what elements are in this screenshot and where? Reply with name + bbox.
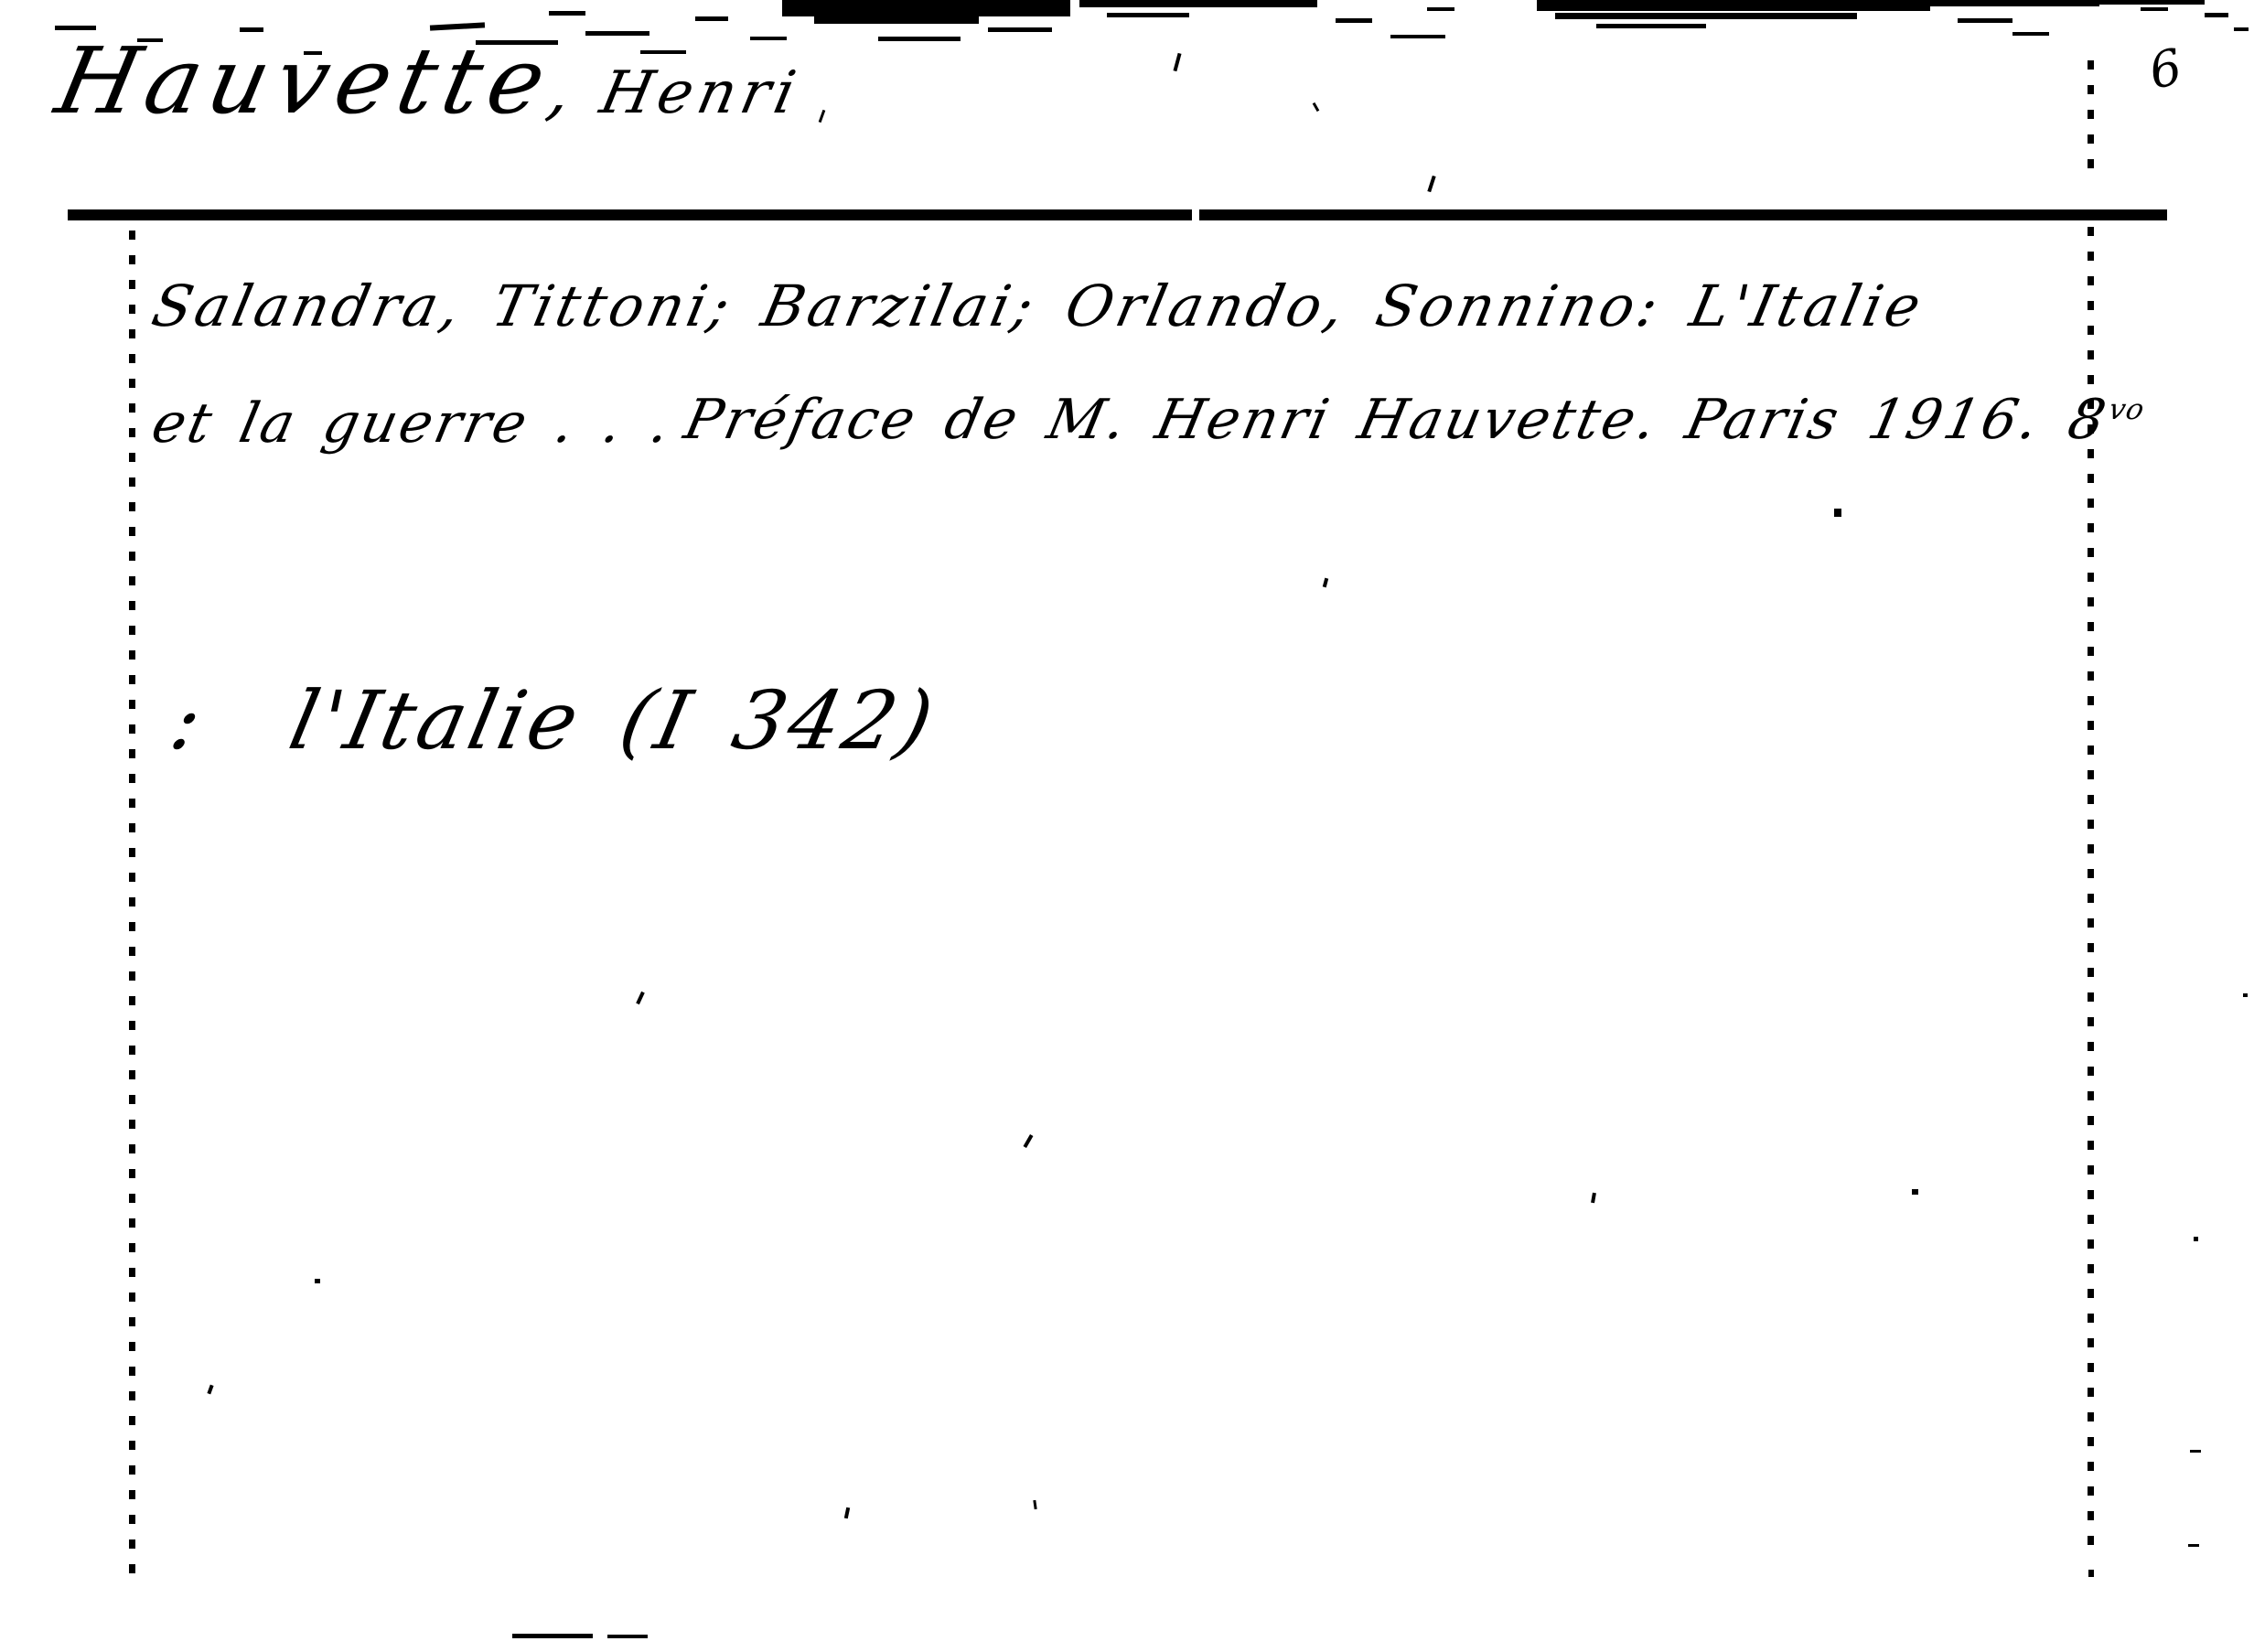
entry-line-continuation-left: et la guerre . . .	[146, 392, 678, 456]
noise-mark	[2194, 1237, 2198, 1241]
noise-mark	[1912, 1189, 1918, 1195]
noise-mark	[1916, 0, 2099, 6]
noise-mark	[2088, 1570, 2094, 1577]
noise-mark	[2243, 993, 2248, 997]
subject-line-colon: :	[163, 673, 214, 767]
entry-imprint-text: Préface de M. Henri Hauvette. Paris 1916…	[679, 388, 2114, 452]
noise-mark	[1537, 0, 1930, 11]
heading-author: Hauvette, Henri	[48, 27, 813, 134]
subject-line-text: l'Italie (I 342)	[282, 673, 945, 767]
entry-line-authors-title: Salandra, Tittoni; Barzilai; Orlando, So…	[146, 273, 1930, 339]
left-margin-dotted-line	[129, 231, 135, 1573]
noise-mark	[2095, 0, 2205, 5]
noise-mark	[607, 1635, 648, 1638]
noise-mark	[1323, 578, 1328, 588]
noise-mark	[819, 110, 826, 123]
heading-given-name: Henri	[595, 59, 807, 127]
noise-mark	[782, 0, 1070, 16]
noise-mark	[1173, 53, 1181, 71]
noise-mark	[207, 1385, 213, 1395]
noise-mark	[1596, 24, 1706, 28]
noise-mark	[2141, 7, 2168, 11]
noise-mark	[1107, 13, 1189, 17]
noise-mark	[1555, 13, 1857, 19]
noise-mark	[2190, 1450, 2201, 1453]
noise-mark	[2234, 27, 2249, 31]
noise-mark	[1336, 18, 1372, 23]
noise-mark	[1390, 35, 1445, 38]
right-margin-dotted-line-top	[2088, 60, 2094, 174]
noise-mark	[1427, 176, 1435, 192]
header-rule-right	[1199, 209, 2167, 220]
noise-mark	[315, 1279, 320, 1283]
corner-mark: 6	[2144, 38, 2187, 101]
entry-line-continuation-right: Préface de M. Henri Hauvette. Paris 1916…	[679, 388, 2149, 452]
noise-mark	[814, 16, 979, 24]
noise-mark	[1024, 1134, 1034, 1148]
noise-mark	[1834, 509, 1841, 517]
noise-mark	[844, 1507, 850, 1519]
noise-mark	[1079, 0, 1317, 7]
catalog-card-scan: Hauvette, Henri 6 Salandra, Tittoni; Bar…	[0, 0, 2254, 1652]
noise-mark	[512, 1634, 593, 1638]
noise-mark	[2188, 1544, 2199, 1547]
noise-mark	[1313, 102, 1320, 112]
noise-mark	[1427, 7, 1454, 11]
noise-mark	[2205, 13, 2228, 17]
heading-surname: Hauvette	[48, 27, 563, 134]
header-rule-left	[68, 209, 1192, 220]
noise-mark	[695, 16, 728, 21]
noise-mark	[1591, 1193, 1596, 1204]
noise-mark	[636, 992, 645, 1004]
noise-mark	[1958, 18, 2012, 23]
noise-mark	[988, 27, 1052, 32]
noise-mark	[549, 11, 585, 16]
noise-mark	[878, 37, 961, 41]
noise-mark	[1033, 1500, 1036, 1509]
noise-mark	[2012, 32, 2049, 36]
entry-format-superscript: vo	[2106, 393, 2148, 426]
